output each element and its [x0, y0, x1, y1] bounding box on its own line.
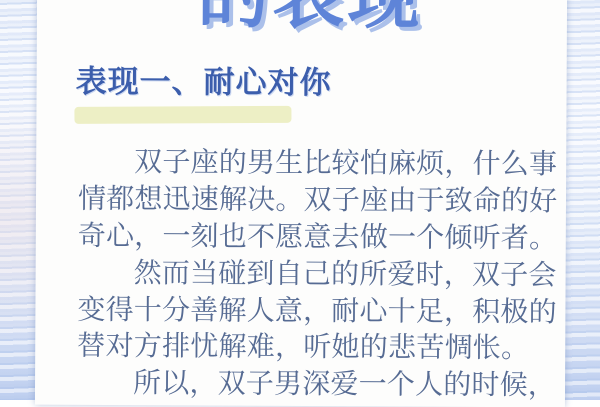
text-line: 奇心，一刻也不愿意去做一个倾听者。: [78, 218, 530, 257]
paper-card: 的表现 表现一、耐心对你 双子座的男生比较怕麻烦，什么事 情都想迅速解决。双子座…: [35, 0, 567, 400]
text-line: 然而当碰到自己的所爱时，双子会: [78, 255, 530, 294]
article-text: 双子座的男生比较怕麻烦，什么事 情都想迅速解决。双子座由于致命的好 奇心，一刻也…: [77, 144, 530, 400]
page-title: 的表现: [37, 0, 567, 33]
text-line: 变得十分善解人意，耐心十足，积极的: [77, 291, 529, 330]
text-line: 双子座的男生比较怕麻烦，什么事: [78, 144, 530, 183]
text-line: 情都想迅速解决。双子座由于致命的好: [78, 181, 530, 220]
section-heading: 表现一、耐心对你: [76, 65, 332, 100]
text-line: 所以，双子男深爱一个人的时候，: [77, 365, 529, 400]
text-line: 替对方排忧解难，听她的悲苦惆怅。: [77, 328, 529, 367]
heading-highlight-bar: [74, 106, 291, 124]
